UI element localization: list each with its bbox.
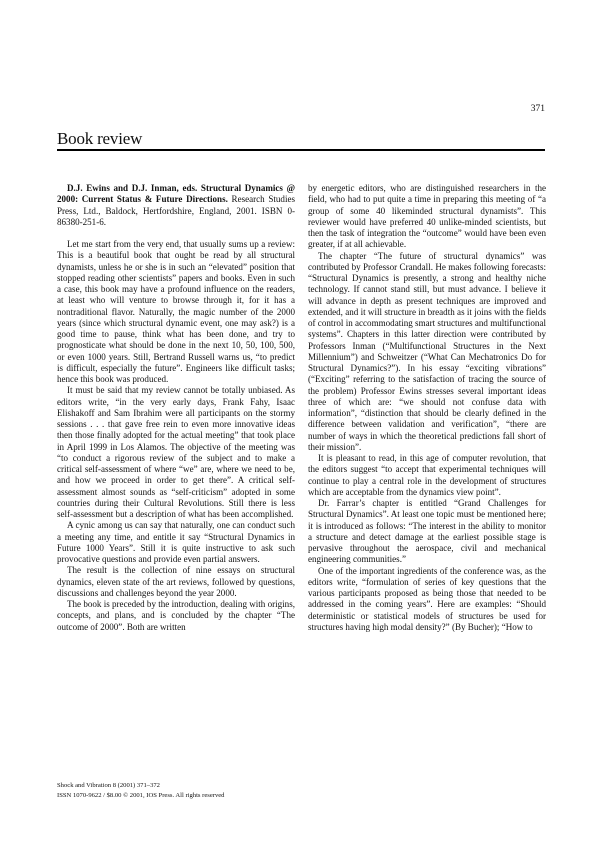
book-citation: D.J. Ewins and D.J. Inman, eds. Structur… <box>57 183 295 228</box>
paragraph: The chapter “The future of structural dy… <box>308 251 546 454</box>
paragraph: A cynic among us can say that naturally,… <box>57 520 295 565</box>
page-number: 371 <box>505 104 545 114</box>
journal-reference: Shock and Vibration 8 (2001) 371–372 <box>57 781 224 791</box>
paragraph-continued: by energetic editors, who are distinguis… <box>308 183 546 251</box>
issn-copyright: ISSN 1070-9622 / $8.00 © 2001, IOS Press… <box>57 791 224 801</box>
paragraph: The result is the collection of nine ess… <box>57 565 295 599</box>
right-column: by energetic editors, who are distinguis… <box>308 183 546 633</box>
footer: Shock and Vibration 8 (2001) 371–372 ISS… <box>57 781 224 801</box>
left-column: D.J. Ewins and D.J. Inman, eds. Structur… <box>57 183 295 633</box>
paragraph: Dr. Farrar’s chapter is entitled “Grand … <box>308 498 546 566</box>
paragraph: The book is preceded by the introduction… <box>57 599 295 633</box>
paragraph: It is pleasant to read, in this age of c… <box>308 453 546 498</box>
paragraph: Let me start from the very end, that usu… <box>57 239 295 385</box>
paragraph: One of the important ingredients of the … <box>308 566 546 634</box>
section-title: Book review <box>57 129 142 149</box>
paragraph: It must be said that my review cannot be… <box>57 385 295 520</box>
title-rule <box>57 149 545 151</box>
